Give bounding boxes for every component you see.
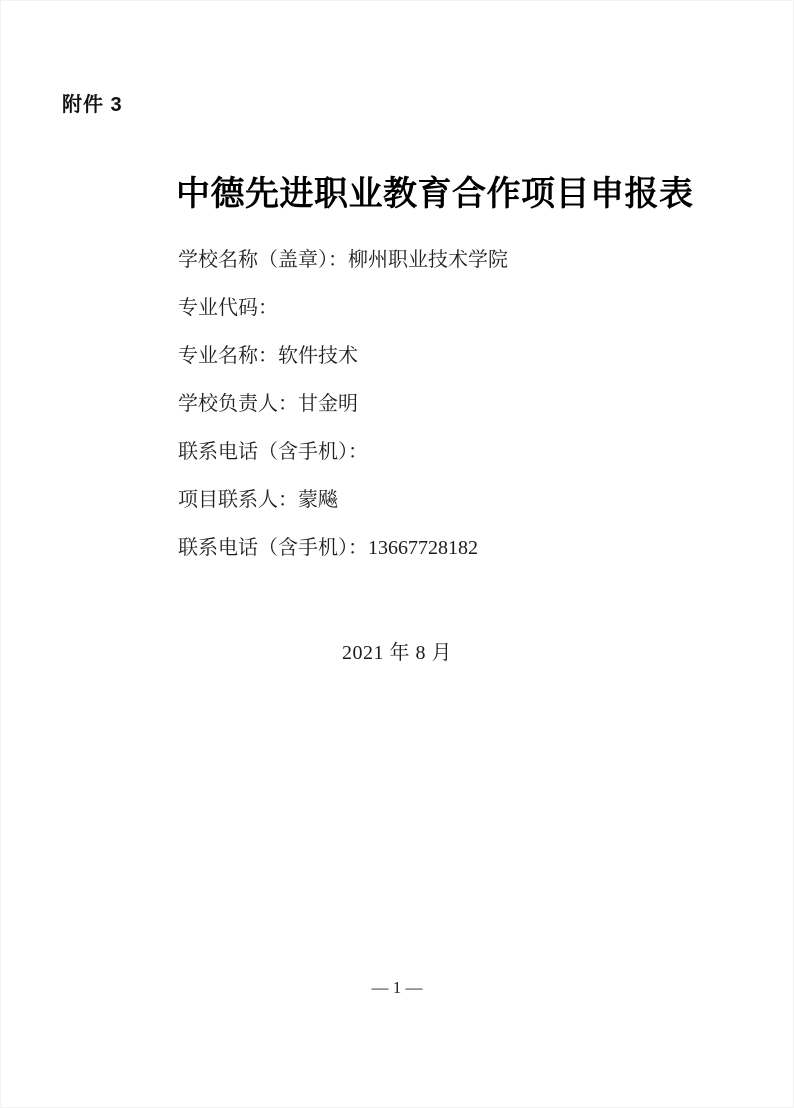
field-line-school-name: 学校名称（盖章）：柳州职业技术学院: [178, 236, 508, 284]
fields-block: 学校名称（盖章）：柳州职业技术学院 专业代码： 专业名称：软件技术 学校负责人：…: [178, 236, 508, 572]
field-label-project-contact: 项目联系人：: [178, 489, 298, 511]
date-line: 2021 年 8 月: [0, 641, 794, 665]
field-line-project-contact: 项目联系人：蒙飚: [178, 476, 508, 524]
field-label-school-name: 学校名称（盖章）：: [178, 249, 348, 271]
field-value-contact-phone: 13667728182: [368, 537, 478, 559]
field-label-major-code: 专业代码：: [178, 297, 278, 319]
field-value-major-name: 软件技术: [278, 345, 358, 367]
field-line-school-leader: 学校负责人：甘金明: [178, 380, 508, 428]
page-number: — 1 —: [0, 976, 794, 1000]
field-value-school-name: 柳州职业技术学院: [348, 249, 508, 271]
field-line-contact-phone: 联系电话（含手机）：13667728182: [178, 524, 508, 572]
page-title: 中德先进职业教育合作项目申报表: [176, 174, 694, 216]
field-line-major-code: 专业代码：: [178, 284, 508, 332]
field-label-school-leader: 学校负责人：: [178, 393, 298, 415]
field-label-major-name: 专业名称：: [178, 345, 278, 367]
field-label-leader-phone: 联系电话（含手机）：: [178, 441, 368, 463]
field-value-school-leader: 甘金明: [298, 393, 358, 415]
attachment-label: 附件 3: [62, 93, 123, 117]
field-line-major-name: 专业名称：软件技术: [178, 332, 508, 380]
field-value-project-contact: 蒙飚: [298, 489, 338, 511]
field-label-contact-phone: 联系电话（含手机）：: [178, 537, 368, 559]
document-page: 附件 3 中德先进职业教育合作项目申报表 学校名称（盖章）：柳州职业技术学院 专…: [0, 0, 794, 1108]
field-line-leader-phone: 联系电话（含手机）：: [178, 428, 508, 476]
